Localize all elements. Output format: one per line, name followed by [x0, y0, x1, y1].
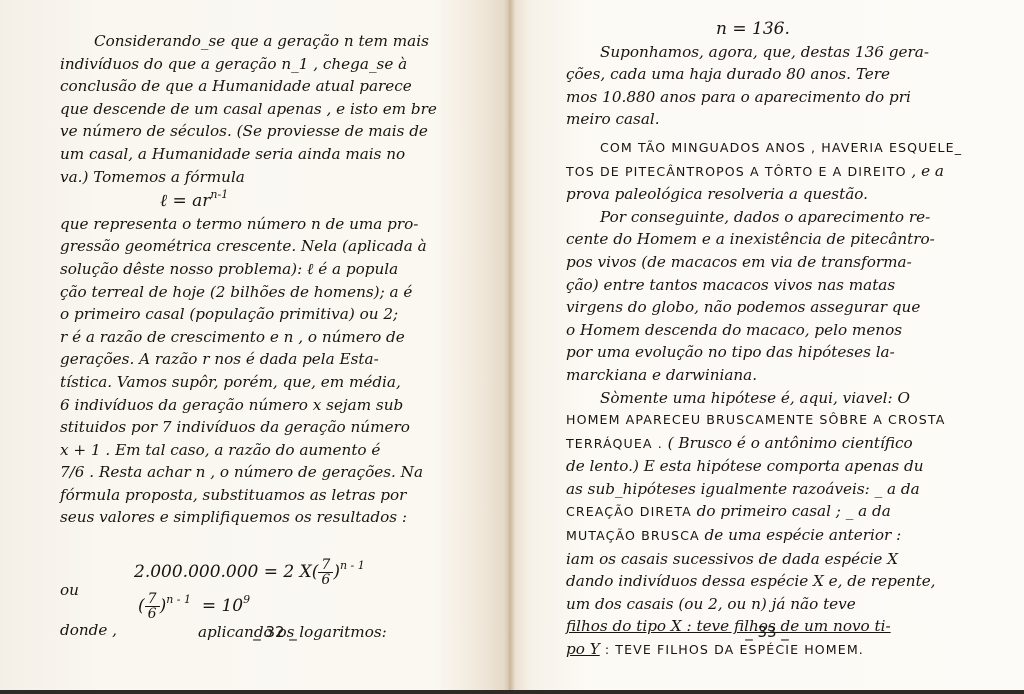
text-fragment: do primeiro casal ; _ a da [692, 502, 891, 520]
text-line: gressão geométrica crescente. Nela (apli… [60, 235, 474, 258]
right-paragraph-3: Por conseguinte, dados o aparecimento re… [566, 206, 978, 387]
book-spine [503, 0, 515, 690]
word-ou: ou [60, 579, 79, 602]
text-line-caps: HOMEM APARECEU BRUSCAMENTE SÔBRE A CROST… [566, 409, 978, 432]
text-line: marckiana e darwiniana. [566, 364, 978, 387]
text-line: seus valores e simplifiquemos os resulta… [60, 506, 474, 529]
text-line: 7/6 . Resta achar n , o número de geraçõ… [60, 461, 474, 484]
right-paragraph-2: COM TÃO MINGUADOS ANOS , HAVERIA ESQUELE… [566, 137, 978, 206]
fraction: 76 [318, 558, 333, 587]
text-line: de lento.) E esta hipótese comporta apen… [566, 455, 978, 478]
text-line: Por conseguinte, dados o aparecimento re… [566, 206, 978, 229]
result-n: n = 136. [566, 18, 978, 41]
text-line: dando indivíduos dessa espécie X e, de r… [566, 570, 978, 593]
right-page: n = 136. Suponhamos, agora, que, destas … [510, 0, 1024, 690]
text-line: o primeiro casal (população primitiva) o… [60, 303, 474, 326]
equation-2-exponent: n - 1 [166, 593, 191, 606]
text-line: Considerando_se que a geração n tem mais [60, 30, 474, 53]
text-line: por uma evolução no tipo das hipóteses l… [566, 341, 978, 364]
text-fragment: de uma espécie anterior : [700, 526, 902, 544]
formula-exponent: n-1 [210, 188, 228, 201]
text-line: r é a razão de crescimento e n , o númer… [60, 326, 474, 349]
text-line: um dos casais (ou 2, ou n) já não teve [566, 593, 978, 616]
text-line: ções, cada uma haja durado 80 anos. Tere [566, 63, 978, 86]
text-line: as sub_hipóteses igualmente razoáveis: _… [566, 478, 978, 501]
text-line: stituidos por 7 indivíduos da geração nú… [60, 416, 474, 439]
text-line: tística. Vamos supôr, porém, que, em méd… [60, 371, 474, 394]
equation-1-lhs: 2.000.000.000 = 2 X [134, 562, 312, 582]
equation-1-exponent: n - 1 [340, 559, 365, 572]
text-line: um casal, a Humanidade seria ainda mais … [60, 143, 474, 166]
right-paragraph-1: Suponhamos, agora, que, destas 136 gera-… [566, 41, 978, 131]
text-line: pos vivos (de macacos em via de transfor… [566, 251, 978, 274]
text-line: ção terreal de hoje (2 bilhões de homens… [60, 281, 474, 304]
text-line: prova paleológica resolveria a questão. [566, 183, 978, 206]
text-line: ve número de séculos. (Se proviesse de m… [60, 120, 474, 143]
text-line: que representa o termo número n de uma p… [60, 213, 474, 236]
page-number-right: _ 33 _ [510, 621, 1024, 644]
text-fragment: ( Brusco é o antônimo científico [663, 434, 913, 452]
text-line: o Homem descenda do macaco, pelo menos [566, 319, 978, 342]
right-paragraph-4: Sòmente uma hipótese é, aqui, viavel: O … [566, 387, 978, 662]
left-paragraph-1: Considerando_se que a geração n tem mais… [60, 30, 474, 188]
equation-1: 2.000.000.000 = 2 X(76)n - 1 [60, 555, 474, 589]
text-line: 6 indivíduos da geração número x sejam s… [60, 394, 474, 417]
text-line: virgens do globo, não podemos assegurar … [566, 296, 978, 319]
text-line: meiro casal. [566, 108, 978, 131]
text-line-caps: : TEVE FILHOS DA ESPÉCIE HOMEM. [600, 642, 864, 657]
text-line: ção) entre tantos macacos vivos nas mata… [566, 274, 978, 297]
equation-2-rhs: = 10 [202, 596, 243, 616]
geometric-formula: ℓ = arn-1 [60, 184, 474, 213]
creacao-direta: CREAÇÃO DIRETA [566, 504, 692, 519]
text-line: que descende de um casal apenas , e isto… [60, 98, 474, 121]
text-line: fórmula proposta, substituamos as letras… [60, 484, 474, 507]
fraction: 76 [145, 592, 160, 621]
formula-lhs: ℓ = ar [160, 191, 210, 211]
text-line: gerações. A razão r nos é dada pela Esta… [60, 348, 474, 371]
book-spread: Considerando_se que a geração n tem mais… [0, 0, 1024, 690]
mutacao-brusca: MUTAÇÃO BRUSCA [566, 528, 700, 543]
page-number-left: _ 32 _ [40, 621, 510, 644]
equation-2: ou (76)n - 1 = 109 [60, 589, 474, 619]
text-line: x + 1 . Em tal caso, a razão do aumento … [60, 439, 474, 462]
left-paragraph-2: que representa o termo número n de uma p… [60, 213, 474, 529]
text-line-caps: TOS DE PITECÂNTROPOS A TÔRTO E A DIREITO [566, 164, 907, 179]
text-line: mos 10.880 anos para o aparecimento do p… [566, 86, 978, 109]
text-line: cente do Homem e a inexistência de pitec… [566, 228, 978, 251]
text-line: conclusão de que a Humanidade atual pare… [60, 75, 474, 98]
text-line: Sòmente uma hipótese é, aqui, viavel: O [566, 387, 978, 410]
text-line: Suponhamos, agora, que, destas 136 gera- [566, 41, 978, 64]
equation-2-rhs-exponent: 9 [243, 593, 250, 606]
text-line: solução dêste nosso problema): ℓ é a pop… [60, 258, 474, 281]
text-line-caps: COM TÃO MINGUADOS ANOS , HAVERIA ESQUELE… [566, 137, 978, 160]
text-line-caps: TERRÁQUEA . [566, 436, 663, 451]
text-line: iam os casais sucessivos de dada espécie… [566, 548, 978, 571]
text-fragment: , e a [907, 162, 944, 180]
left-page: Considerando_se que a geração n tem mais… [0, 0, 510, 690]
text-line: indivíduos do que a geração n_1 , chega_… [60, 53, 474, 76]
scan-edge [0, 690, 1024, 694]
